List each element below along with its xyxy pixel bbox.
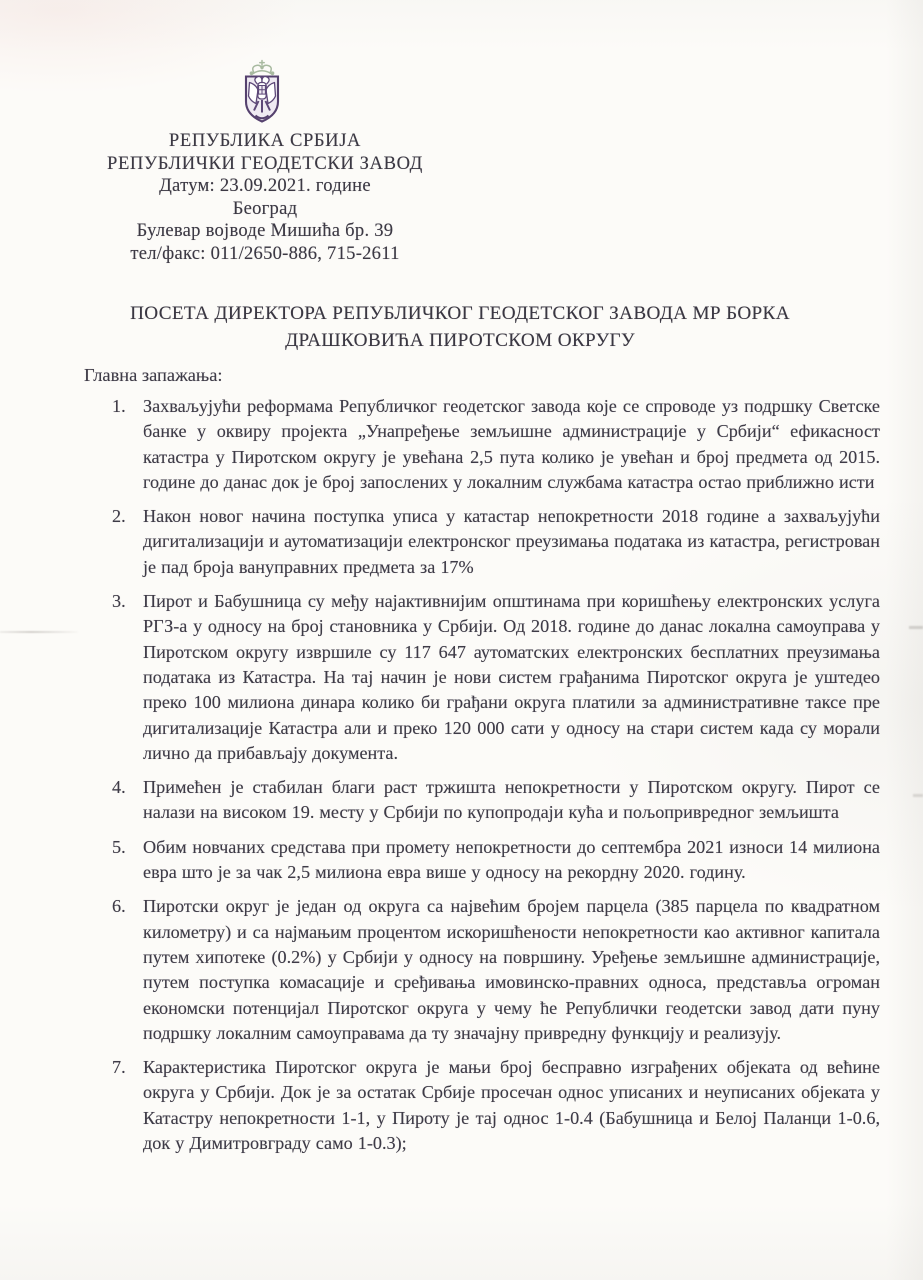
- scan-artifact-speck: [913, 794, 923, 797]
- intro-line: Главна запажања:: [84, 365, 223, 386]
- document-title: ПОСЕТА ДИРЕКТОРА РЕПУБЛИЧКОГ ГЕОДЕТСКОГ …: [110, 301, 810, 354]
- item-text: Обим новчаних средстава при промету непо…: [143, 837, 880, 882]
- org-name-line2: РЕПУБЛИЧКИ ГЕОДЕТСКИ ЗАВОД: [72, 153, 458, 176]
- observation-item: 5. Обим новчаних средстава при промету н…: [143, 835, 880, 886]
- item-text: Захваљујући реформама Републичког геодет…: [143, 396, 880, 492]
- address-line: Булевар војводе Мишића бр. 39: [72, 220, 458, 243]
- item-number: 7.: [112, 1055, 126, 1080]
- observation-item: 2. Након новог начина поступка уписа у к…: [143, 504, 880, 580]
- item-text: Пиротски округ је један од округа са нај…: [143, 896, 880, 1042]
- item-text: Након новог начина поступка уписа у ката…: [143, 506, 880, 577]
- date-line: Датум: 23.09.2021. године: [72, 175, 458, 198]
- org-name-line1: РЕПУБЛИКА СРБИЈА: [72, 130, 458, 153]
- city-line: Београд: [72, 198, 458, 221]
- observation-item: 1. Захваљујући реформама Републичког гео…: [143, 394, 880, 495]
- observation-item: 3. Пирот и Бабушница су међу најактивниј…: [143, 589, 880, 766]
- item-text: Пирот и Бабушница су међу најактивнијим …: [143, 591, 880, 763]
- letterhead: РЕПУБЛИКА СРБИЈА РЕПУБЛИЧКИ ГЕОДЕТСКИ ЗА…: [72, 130, 458, 266]
- item-number: 4.: [112, 775, 126, 800]
- item-number: 6.: [112, 894, 126, 919]
- observations-list: 1. Захваљујући реформама Републичког гео…: [143, 394, 880, 1165]
- observation-item: 6. Пиротски округ је један од округа са …: [143, 894, 880, 1046]
- item-text: Примећен је стабилан благи раст тржишта …: [143, 777, 880, 822]
- serbia-coat-of-arms-icon: [235, 58, 289, 131]
- document-page: РЕПУБЛИКА СРБИЈА РЕПУБЛИЧКИ ГЕОДЕТСКИ ЗА…: [0, 0, 923, 1280]
- item-number: 3.: [112, 589, 126, 614]
- scan-artifact-speck: [909, 626, 923, 629]
- phone-line: тел/факс: 011/2650-886, 715-2611: [72, 243, 458, 266]
- item-number: 2.: [112, 504, 126, 529]
- item-number: 1.: [112, 394, 126, 419]
- scan-artifact-line: [0, 631, 78, 633]
- item-number: 5.: [112, 835, 126, 860]
- observation-item: 4. Примећен је стабилан благи раст тржиш…: [143, 775, 880, 826]
- observation-item: 7. Карактеристика Пиротског округа је ма…: [143, 1055, 880, 1156]
- item-text: Карактеристика Пиротског округа је мањи …: [143, 1057, 880, 1153]
